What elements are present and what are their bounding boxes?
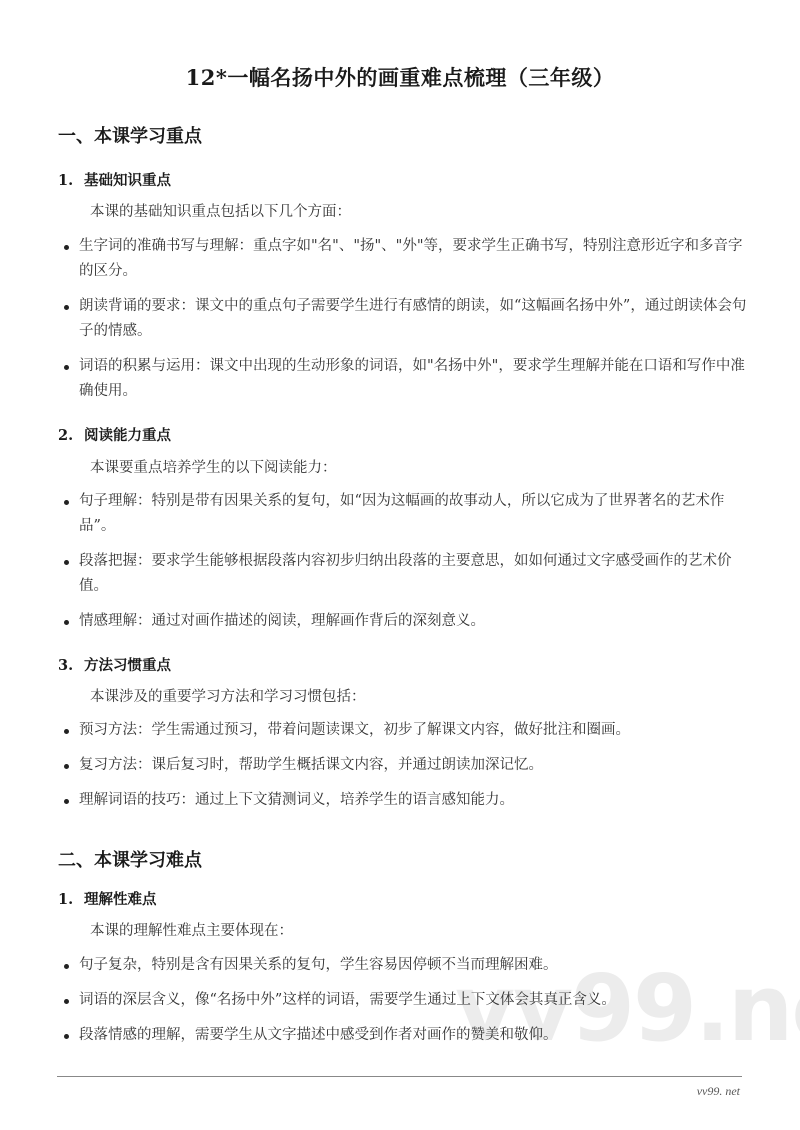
list-item: 预习方法：学生需通过预习，带着问题读课文，初步了解课文内容，做好批注和圈画。: [62, 718, 752, 743]
subsection-title: 基础知识重点: [84, 172, 171, 189]
subsection-number: 1.: [58, 891, 84, 908]
list-item: 段落把握：要求学生能够根据段落内容初步归纳出段落的主要意思，如如何通过文字感受画…: [62, 549, 752, 599]
subsection-intro: 本课的基础知识重点包括以下几个方面：: [90, 200, 351, 221]
list-item: 复习方法：课后复习时，帮助学生概括课文内容，并通过朗读加深记忆。: [62, 753, 752, 778]
list-item: 生字词的准确书写与理解：重点字如"名"、"扬"、"外"等，要求学生正确书写，特别…: [62, 234, 752, 284]
subsection-title: 阅读能力重点: [84, 427, 171, 444]
list-item: 朗读背诵的要求：课文中的重点句子需要学生进行有感情的朗读，如“这幅画名扬中外”，…: [62, 294, 752, 344]
document-title: 12*一幅名扬中外的画重难点梳理（三年级）: [0, 62, 800, 92]
list-item: 理解词语的技巧：通过上下文猜测词义，培养学生的语言感知能力。: [62, 788, 752, 813]
subsection-intro: 本课的理解性难点主要体现在：: [90, 919, 293, 940]
subsection-title: 理解性难点: [84, 891, 157, 908]
list-item: 情感理解：通过对画作描述的阅读，理解画作背后的深刻意义。: [62, 609, 752, 634]
section-heading-key-points: 一、本课学习重点: [58, 122, 202, 148]
document-page: vv99.net 12*一幅名扬中外的画重难点梳理（三年级） 一、本课学习重点 …: [0, 0, 800, 1130]
bullet-list-basic-knowledge: 生字词的准确书写与理解：重点字如"名"、"扬"、"外"等，要求学生正确书写，特别…: [62, 234, 752, 404]
subsection-number: 1.: [58, 172, 84, 189]
document-content: 12*一幅名扬中外的画重难点梳理（三年级） 一、本课学习重点 1.基础知识重点 …: [0, 0, 800, 1130]
subsection-intro: 本课涉及的重要学习方法和学习习惯包括：: [90, 685, 366, 706]
list-item: 句子复杂，特别是含有因果关系的复句，学生容易因停顿不当而理解困难。: [62, 953, 752, 978]
bullet-list-reading-ability: 句子理解：特别是带有因果关系的复句，如“因为这幅画的故事动人，所以它成为了世界著…: [62, 489, 752, 634]
footer-site-label: vv99. net: [697, 1084, 740, 1099]
list-item: 词语的积累与运用：课文中出现的生动形象的词语，如"名扬中外"，要求学生理解并能在…: [62, 354, 752, 404]
subsection-number: 3.: [58, 657, 84, 674]
section-heading-difficulties: 二、本课学习难点: [58, 846, 202, 872]
footer-divider: [57, 1076, 742, 1077]
bullet-list-comprehension-difficulties: 句子复杂，特别是含有因果关系的复句，学生容易因停顿不当而理解困难。 词语的深层含…: [62, 953, 752, 1048]
subsection-title: 方法习惯重点: [84, 657, 171, 674]
subsection-intro: 本课要重点培养学生的以下阅读能力：: [90, 456, 337, 477]
subsection-heading-comprehension-difficulties: 1.理解性难点: [58, 888, 157, 909]
subsection-heading-basic-knowledge: 1.基础知识重点: [58, 169, 171, 190]
list-item: 词语的深层含义，像“名扬中外”这样的词语，需要学生通过上下文体会其真正含义。: [62, 988, 752, 1013]
subsection-number: 2.: [58, 427, 84, 444]
list-item: 段落情感的理解，需要学生从文字描述中感受到作者对画作的赞美和敬仰。: [62, 1023, 752, 1048]
list-item: 句子理解：特别是带有因果关系的复句，如“因为这幅画的故事动人，所以它成为了世界著…: [62, 489, 752, 539]
subsection-heading-methods-habits: 3.方法习惯重点: [58, 654, 171, 675]
bullet-list-methods-habits: 预习方法：学生需通过预习，带着问题读课文，初步了解课文内容，做好批注和圈画。 复…: [62, 718, 752, 813]
subsection-heading-reading-ability: 2.阅读能力重点: [58, 424, 171, 445]
